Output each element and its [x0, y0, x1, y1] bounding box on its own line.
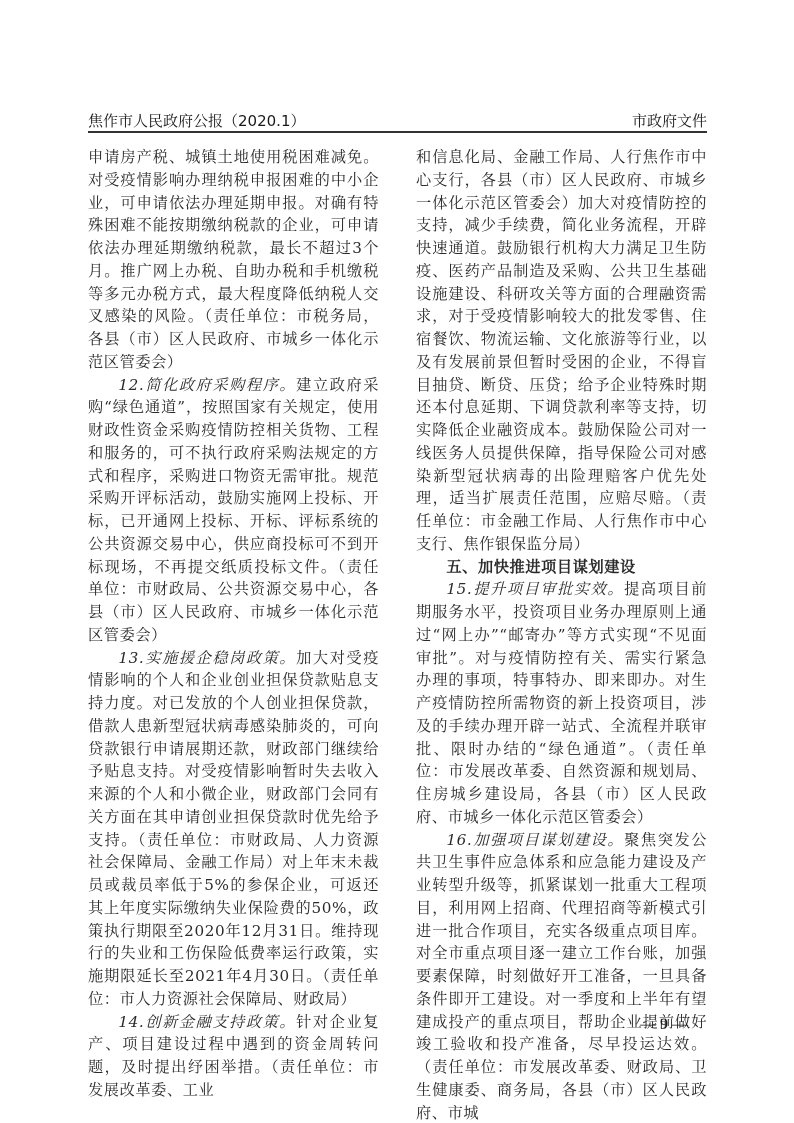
item-13-body: 加大对受疫情影响的个人和企业创业担保贷款贴息支持力度。对已发放的个人创业担保贷款…	[88, 649, 379, 1008]
item-14-title: 14.创新金融支持政策。	[118, 1013, 296, 1031]
section-heading-5: 五、加快推进项目谋划建设	[416, 556, 707, 579]
section-title: 市政府文件	[632, 110, 707, 131]
item-14: 14.创新金融支持政策。针对企业复产、项目建设过程中遇到的资金周转问题，及时提出…	[88, 1011, 379, 1102]
header-divider	[88, 131, 707, 133]
publication-title: 焦作市人民政府公报（2020.1）	[88, 110, 306, 131]
item-12-body: 建立政府采购“绿色通道”，按照国家有关规定，使用财政性资金采购疫情防控相关货物、…	[88, 376, 379, 644]
page-number: — 9 —	[640, 1016, 688, 1034]
item-15-body: 提高项目前期服务水平，投资项目业务办理原则上通过“网上办”“邮寄办”等方式实现“…	[416, 580, 707, 826]
paragraph-tax-continued: 申请房产税、城镇土地使用税困难减免。对受疫情影响办理纳税申报困难的中小企业，可申…	[88, 146, 379, 374]
item-16-body: 聚焦突发公共卫生事件应急体系和应急能力建设及产业转型升级等，抓紧谋划一批重大工程…	[416, 831, 707, 1122]
item-15: 15.提升项目审批实效。提高项目前期服务水平，投资项目业务办理原则上通过“网上办…	[416, 578, 707, 828]
item-16: 16.加强项目谋划建设。聚焦突发公共卫生事件应急体系和应急能力建设及产业转型升级…	[416, 829, 707, 1123]
item-15-title: 15.提升项目审批实效。	[446, 580, 624, 598]
paragraph-finance-continued: 和信息化局、金融工作局、人行焦作市中心支行，各县（市）区人民政府、市城乡一体化示…	[416, 146, 707, 556]
left-column: 申请房产税、城镇土地使用税困难减免。对受疫情影响办理纳税申报困难的中小企业，可申…	[88, 146, 379, 1102]
item-12-title: 12.简化政府采购程序。	[118, 376, 296, 394]
item-12: 12.简化政府采购程序。建立政府采购“绿色通道”，按照国家有关规定，使用财政性资…	[88, 374, 379, 647]
item-13-title: 13.实施援企稳岗政策。	[118, 649, 296, 667]
item-16-title: 16.加强项目谋划建设。	[446, 831, 624, 849]
item-13: 13.实施援企稳岗政策。加大对受疫情影响的个人和企业创业担保贷款贴息支持力度。对…	[88, 647, 379, 1011]
right-column: 和信息化局、金融工作局、人行焦作市中心支行，各县（市）区人民政府、市城乡一体化示…	[416, 146, 707, 1123]
page-header: 焦作市人民政府公报（2020.1） 市政府文件	[88, 110, 707, 132]
